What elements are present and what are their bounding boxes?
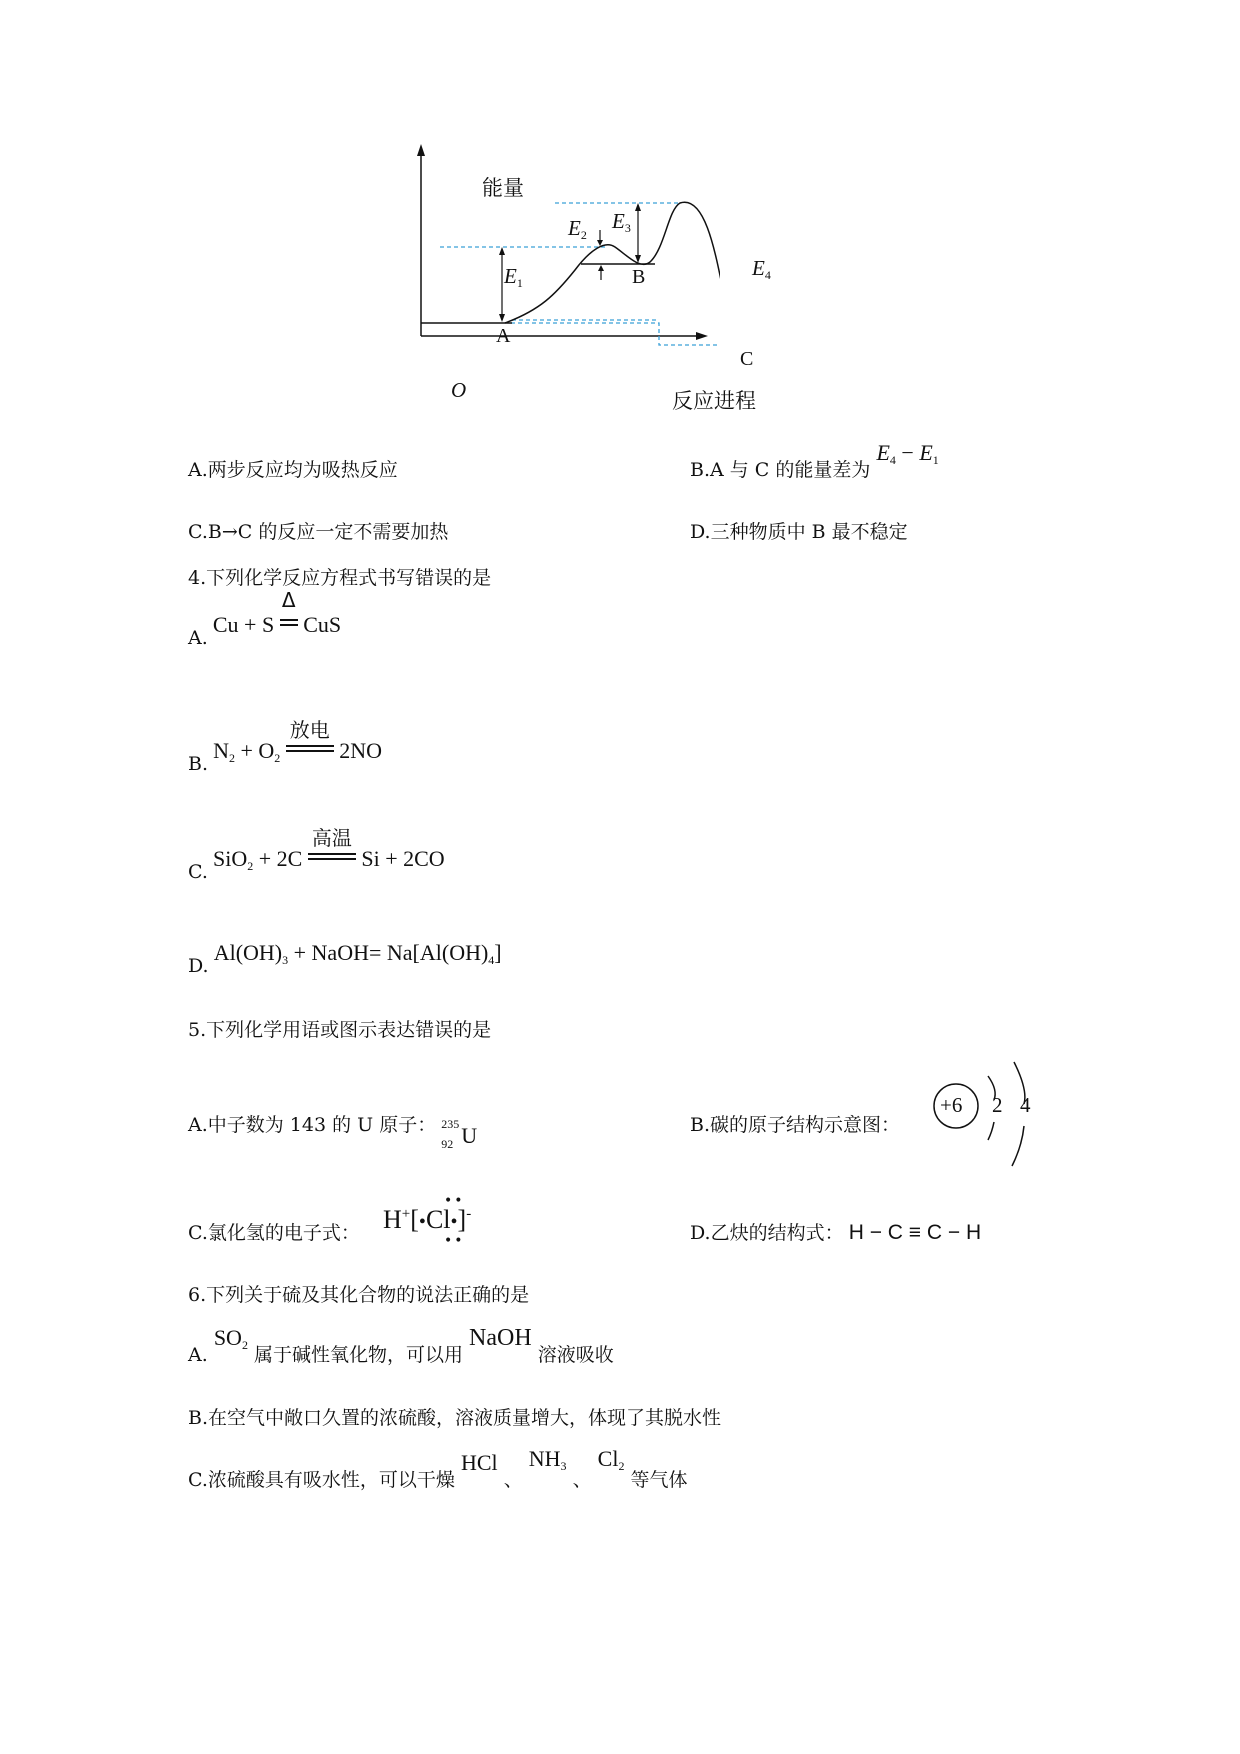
q4-option-d: D. Al(OH)3 + NaOH= Na[Al(OH)4] — [188, 940, 502, 968]
q5-option-b: B.碳的原子结构示意图： — [690, 1110, 900, 1137]
q4-option-b: B. N2 + O2 放电 2NO — [188, 738, 382, 766]
reaction-condition-discharge: 放电 — [286, 738, 334, 764]
reaction-condition-heat: Δ — [280, 612, 298, 638]
q3-option-c: C.B→C 的反应一定不需要加热 — [188, 517, 448, 544]
uranium-isotope-notation: 235 92 U — [441, 1117, 487, 1157]
shell-2-electrons: 4 — [1020, 1093, 1031, 1118]
electron-dots-bottom: •• — [444, 1236, 465, 1246]
q3-option-b-formula: E4 − E1 — [876, 440, 938, 465]
q3-option-a: A.两步反应均为吸热反应 — [188, 455, 398, 482]
q4-option-c: C. SiO2 + 2C 高温 Si + 2CO — [188, 846, 445, 874]
q5-option-d: D.乙炔的结构式： H − C ≡ C − H — [690, 1218, 981, 1245]
q3-option-d: D.三种物质中 B 最不稳定 — [690, 517, 908, 544]
point-c-label: C — [740, 348, 753, 371]
q5-option-a: A.中子数为 143 的 U 原子： 235 92 U — [188, 1110, 487, 1157]
q5-option-d-text: D.乙炔的结构式： — [690, 1222, 844, 1244]
q5-option-a-text: A.中子数为 143 的 U 原子： — [188, 1114, 436, 1136]
q6-option-a: A. SO2 属于碱性氧化物，可以用 NaOH 溶液吸收 — [188, 1340, 614, 1369]
reaction-condition-high-temp: 高温 — [308, 846, 356, 872]
q3-option-b: B.A 与 C 的能量差为 E4 − E1 — [690, 455, 939, 484]
energy-profile-graphic — [400, 140, 720, 380]
point-a-label: A — [496, 325, 510, 348]
option-label: A. — [188, 627, 208, 649]
e1-label: E1 — [504, 264, 523, 291]
carbon-atom-structure-diagram: +6 2 4 — [928, 1060, 1058, 1170]
point-b-label: B — [632, 266, 645, 289]
nucleus-charge: +6 — [940, 1093, 962, 1118]
q6-option-c: C.浓硫酸具有吸水性，可以干燥 HCl 、 NH3 、 Cl2 等气体 — [188, 1465, 688, 1494]
q5-option-c-text: C.氯化氢的电子式： — [188, 1222, 360, 1244]
q6-stem: 6.下列关于硫及其化合物的说法正确的是 — [188, 1280, 529, 1307]
origin-label: O — [451, 378, 466, 403]
option-label: C. — [188, 861, 208, 883]
y-axis-label: 能量 — [482, 172, 524, 202]
acetylene-structural-formula: H − C ≡ C − H — [849, 1221, 981, 1244]
e4-label: E4 — [752, 256, 771, 283]
electron-dots-top: •• — [444, 1196, 465, 1206]
option-label: D. — [188, 955, 209, 977]
q4-option-a: A. Cu + S Δ CuS — [188, 612, 341, 638]
hcl-electron-formula: H+[•Cl•]- — [383, 1205, 471, 1235]
q5-option-c: C.氯化氢的电子式： — [188, 1218, 360, 1245]
q5-option-b-text: B.碳的原子结构示意图： — [690, 1114, 900, 1136]
x-axis-label: 反应进程 — [672, 385, 756, 415]
e3-label: E3 — [612, 209, 631, 236]
option-label: B. — [188, 753, 208, 775]
q3-option-b-text: B.A 与 C 的能量差为 — [690, 459, 870, 481]
shell-1-electrons: 2 — [992, 1093, 1003, 1118]
energy-diagram — [400, 140, 720, 380]
q5-stem: 5.下列化学用语或图示表达错误的是 — [188, 1015, 491, 1042]
q6-option-b: B.在空气中敞口久置的浓硫酸，溶液质量增大，体现了其脱水性 — [188, 1403, 721, 1430]
q4-stem: 4.下列化学反应方程式书写错误的是 — [188, 563, 491, 590]
e2-label: E2 — [568, 216, 587, 243]
